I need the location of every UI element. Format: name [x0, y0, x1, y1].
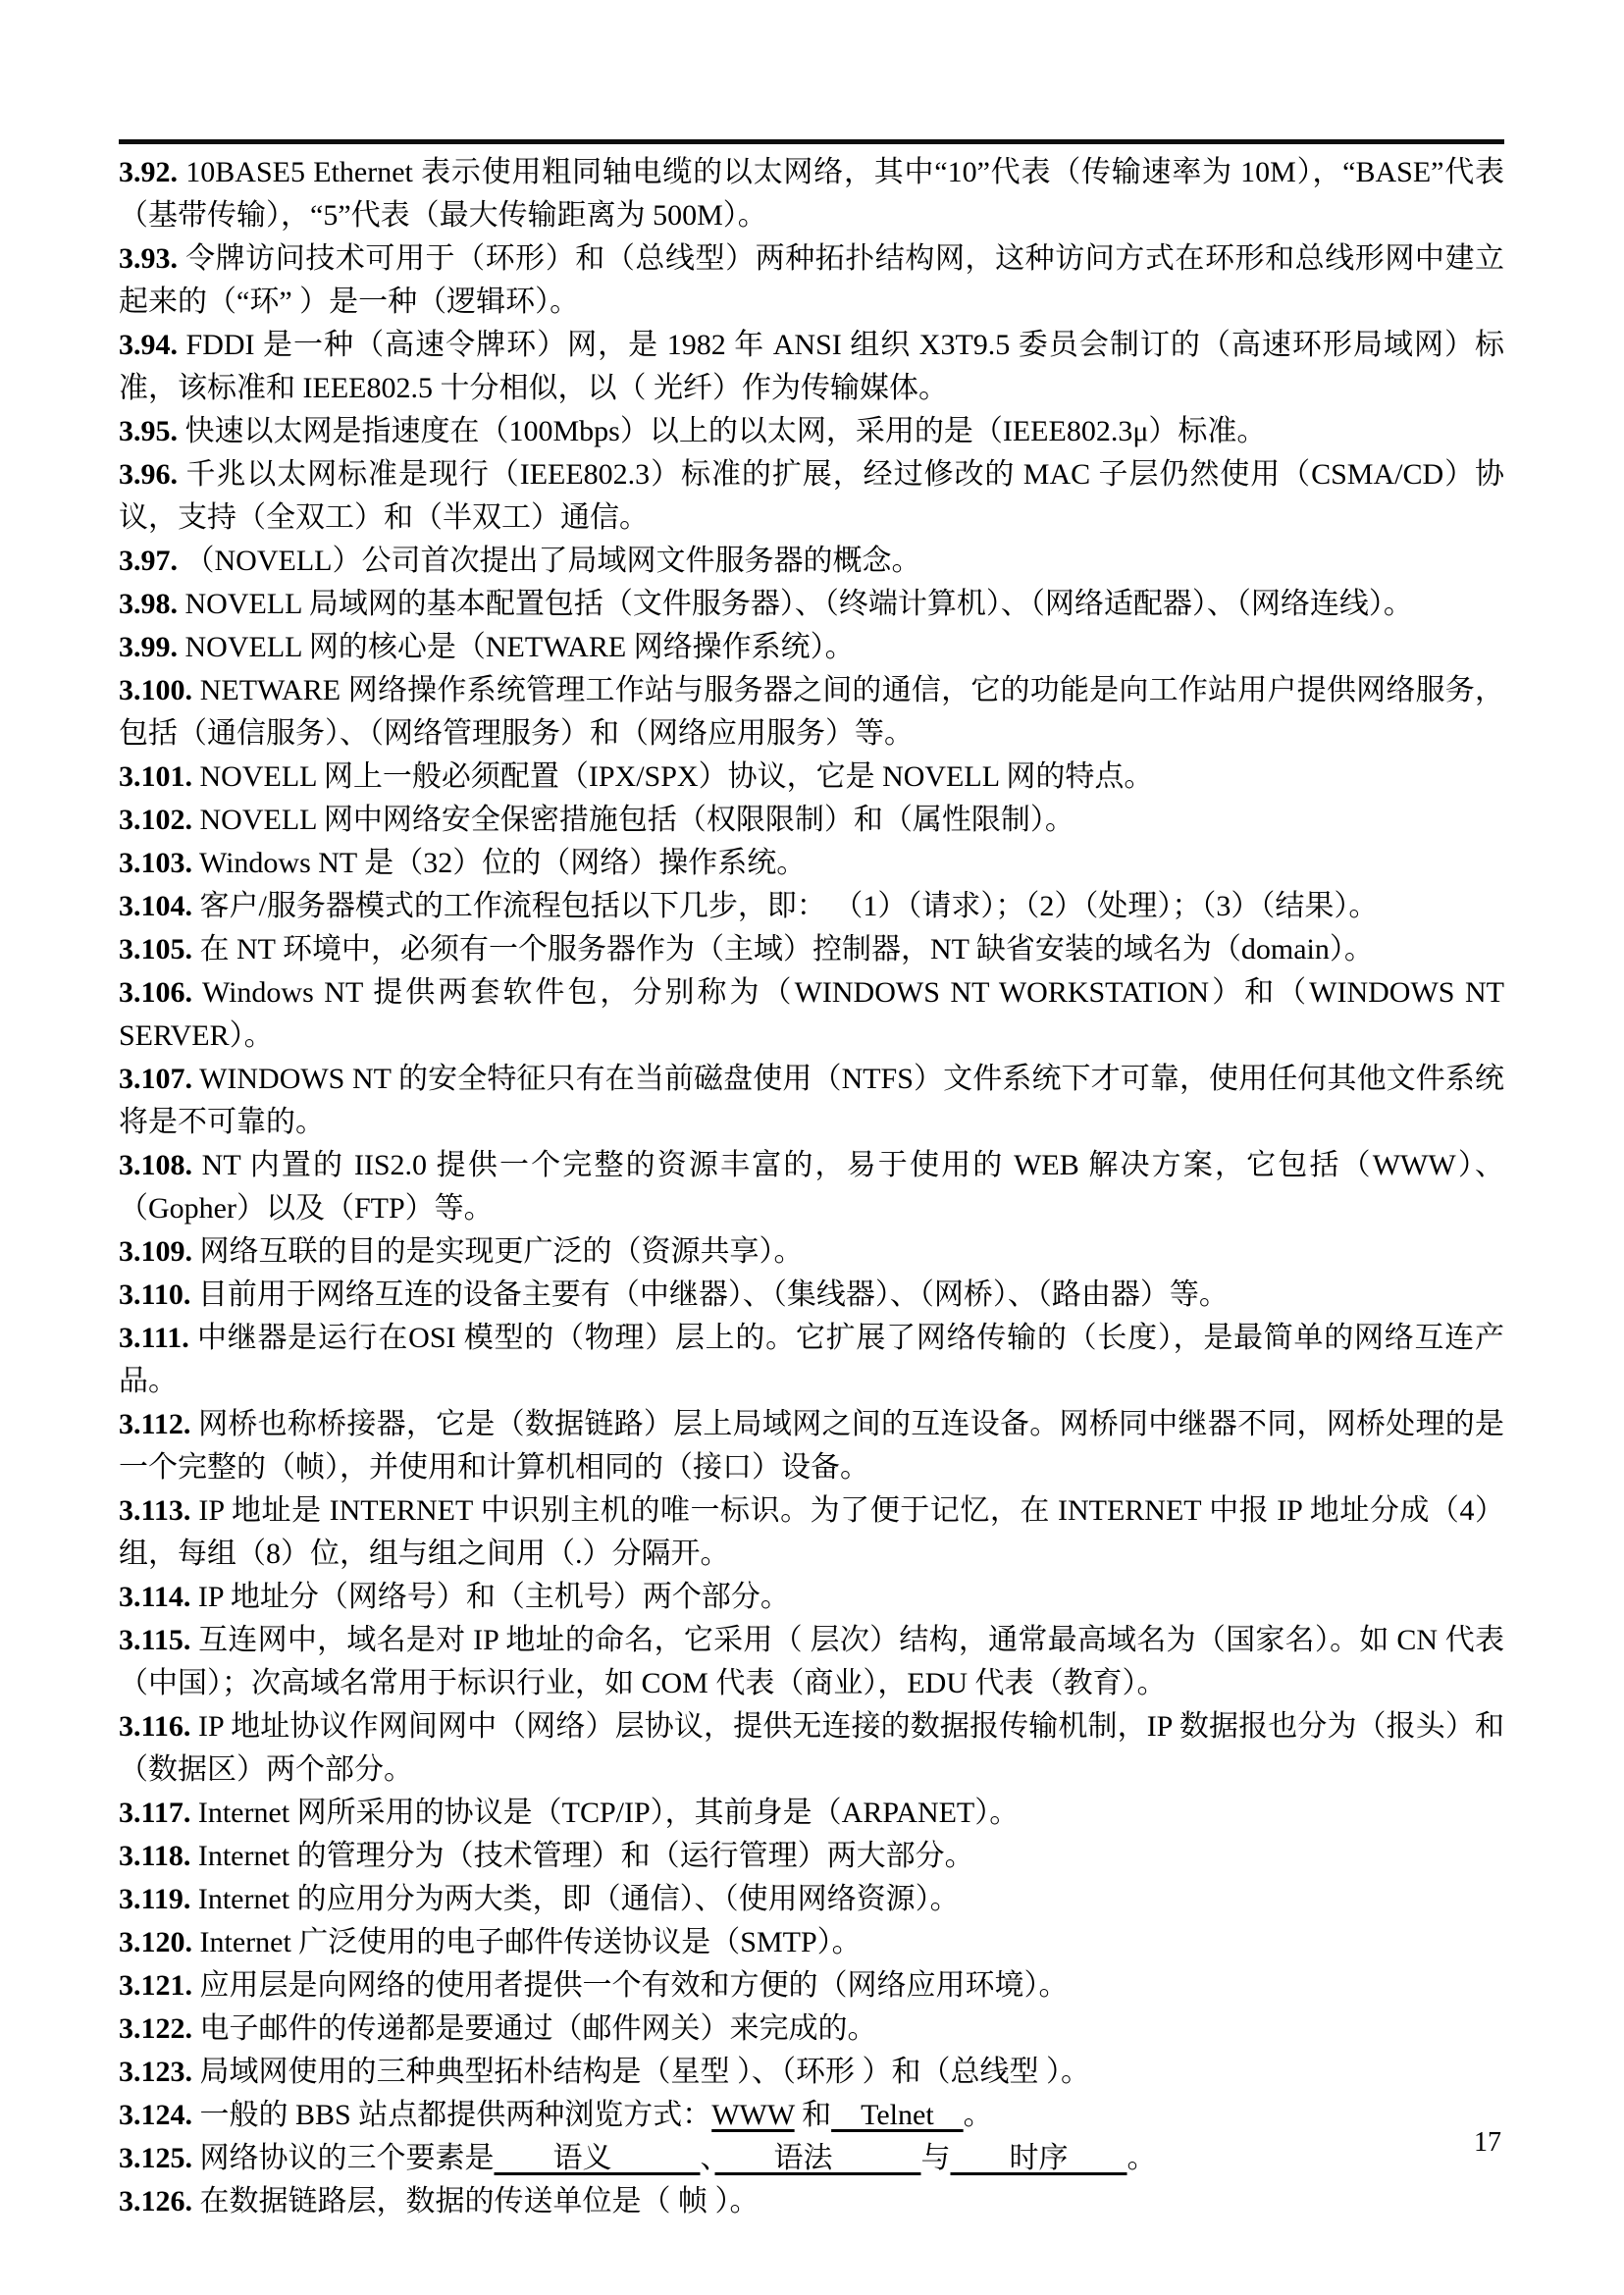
item-text: 目前用于网络互连的设备主要有（中继器）、（集线器）、（网桥）、（路由器）等。 [198, 1278, 1229, 1311]
item-text: 局域网使用的三种典型拓朴结构是（星型 ）、（环形 ）和（总线型 ）。 [200, 2056, 1091, 2088]
list-item: 3.122. 电子邮件的传递都是要通过（邮件网关）来完成的。 [119, 2008, 1504, 2051]
list-item: 3.120. Internet 广泛使用的电子邮件传送协议是（SMTP）。 [119, 1921, 1504, 1964]
item-text: 千兆以太网标准是现行（IEEE802.3）标准的扩展，经过修改的 MAC 子层仍… [119, 458, 1504, 534]
item-number: 3.124. [119, 2099, 192, 2131]
fill-in-blank: 语法 [715, 2142, 921, 2174]
item-text: 与 [921, 2142, 951, 2174]
item-text: 互连网中，域名是对 IP 地址的命名，它采用（ 层次）结构，通常最高域名为（国家… [119, 1624, 1504, 1699]
list-item: 3.124. 一般的 BBS 站点都提供两种浏览方式：WWW 和 Telnet … [119, 2094, 1504, 2137]
list-item: 3.104. 客户/服务器模式的工作流程包括以下几步，即： （1）（请求）；（2… [119, 885, 1504, 928]
item-number: 3.105. [119, 933, 192, 965]
item-number: 3.117. [119, 1797, 190, 1829]
item-number: 3.122. [119, 2012, 192, 2045]
list-item: 3.106. Windows NT 提供两套软件包，分别称为（WINDOWS N… [119, 971, 1504, 1058]
page-number: 17 [1474, 2127, 1501, 2159]
list-item: 3.119. Internet 的应用分为两大类，即（通信）、（使用网络资源）。 [119, 1878, 1504, 1921]
list-item: 3.115. 互连网中，域名是对 IP 地址的命名，它采用（ 层次）结构，通常最… [119, 1619, 1504, 1705]
list-item: 3.101. NOVELL 网上一般必须配置（IPX/SPX）协议，它是 NOV… [119, 756, 1504, 799]
item-number: 3.125. [119, 2142, 192, 2174]
item-number: 3.103. [119, 847, 192, 879]
item-text: 在数据链路层，数据的传送单位是（ 帧 ）。 [200, 2185, 760, 2217]
item-number: 3.115. [119, 1624, 190, 1656]
item-text: IP 地址是 INTERNET 中识别主机的唯一标识。为了便于记忆，在 INTE… [119, 1494, 1504, 1570]
item-number: 3.95. [119, 415, 178, 447]
item-number: 3.111. [119, 1322, 189, 1354]
item-number: 3.126. [119, 2185, 192, 2217]
list-item: 3.107. WINDOWS NT 的安全特征只有在当前磁盘使用（NTFS）文件… [119, 1058, 1504, 1144]
item-text: 中继器是运行在OSI 模型的（物理）层上的。它扩展了网络传输的（长度），是最简单… [119, 1322, 1504, 1397]
item-text: NETWARE 网络操作系统管理工作站与服务器之间的通信，它的功能是向工作站用户… [119, 674, 1504, 750]
item-text: Internet 网所采用的协议是（TCP/IP），其前身是（ARPANET）。 [198, 1797, 1019, 1829]
fill-in-blank: WWW [711, 2099, 794, 2131]
item-text: （NOVELL）公司首次提出了局域网文件服务器的概念。 [185, 545, 921, 577]
item-number: 3.108. [119, 1149, 192, 1181]
list-item: 3.110. 目前用于网络互连的设备主要有（中继器）、（集线器）、（网桥）、（路… [119, 1274, 1504, 1317]
list-item: 3.93. 令牌访问技术可用于（环形）和（总线型）两种拓扑结构网，这种访问方式在… [119, 237, 1504, 324]
item-text: NT 内置的 IIS2.0 提供一个完整的资源丰富的，易于使用的 WEB 解决方… [119, 1149, 1504, 1225]
list-item: 3.103. Windows NT 是（32）位的（网络）操作系统。 [119, 842, 1504, 885]
list-item: 3.125. 网络协议的三个要素是 语义 、 语法 与 时序 。 [119, 2137, 1504, 2180]
list-item: 3.117. Internet 网所采用的协议是（TCP/IP），其前身是（AR… [119, 1792, 1504, 1835]
item-text: 快速以太网是指速度在（100Mbps）以上的以太网，采用的是（IEEE802.3… [185, 415, 1267, 447]
item-number: 3.113. [119, 1494, 190, 1527]
item-number: 3.123. [119, 2056, 192, 2088]
item-text: 应用层是向网络的使用者提供一个有效和方便的（网络应用环境）。 [200, 1969, 1069, 2002]
item-text: FDDI 是一种（高速令牌环）网，是 1982 年 ANSI 组织 X3T9.5… [119, 329, 1504, 404]
item-number: 3.118. [119, 1840, 190, 1872]
item-number: 3.109. [119, 1235, 192, 1268]
item-text: NOVELL 网上一般必须配置（IPX/SPX）协议，它是 NOVELL 网的特… [200, 760, 1154, 793]
item-text: 和 [795, 2099, 832, 2131]
item-text: 一般的 BBS 站点都提供两种浏览方式： [200, 2099, 712, 2131]
list-item: 3.96. 千兆以太网标准是现行（IEEE802.3）标准的扩展，经过修改的 M… [119, 453, 1504, 540]
item-number: 3.102. [119, 804, 192, 836]
item-number: 3.112. [119, 1408, 190, 1440]
item-text: 令牌访问技术可用于（环形）和（总线型）两种拓扑结构网，这种访问方式在环形和总线形… [119, 242, 1504, 318]
list-item: 3.126. 在数据链路层，数据的传送单位是（ 帧 ）。 [119, 2180, 1504, 2223]
item-number: 3.119. [119, 1883, 190, 1915]
item-text: NOVELL 网中网络安全保密措施包括（权限限制）和（属性限制）。 [200, 804, 1074, 836]
item-text: 电子邮件的传递都是要通过（邮件网关）来完成的。 [200, 2012, 877, 2045]
item-number: 3.106. [119, 976, 192, 1009]
item-text: 。 [964, 2099, 993, 2131]
item-text: 。 [1127, 2142, 1157, 2174]
list-item: 3.112. 网桥也称桥接器，它是（数据链路）层上局域网之间的互连设备。网桥同中… [119, 1403, 1504, 1489]
list-item: 3.118. Internet 的管理分为（技术管理）和（运行管理）两大部分。 [119, 1835, 1504, 1878]
item-number: 3.93. [119, 242, 178, 275]
item-text: 10BASE5 Ethernet 表示使用粗同轴电缆的以太网络，其中“10”代表… [119, 156, 1504, 232]
item-number: 3.104. [119, 890, 192, 922]
item-number: 3.100. [119, 674, 192, 706]
item-text: WINDOWS NT 的安全特征只有在当前磁盘使用（NTFS）文件系统下才可靠，… [119, 1063, 1504, 1138]
list-item: 3.97. （NOVELL）公司首次提出了局域网文件服务器的概念。 [119, 540, 1504, 583]
item-number: 3.116. [119, 1710, 190, 1743]
item-text: 客户/服务器模式的工作流程包括以下几步，即： （1）（请求）；（2）（处理）；（… [200, 890, 1379, 922]
item-number: 3.101. [119, 760, 192, 793]
item-number: 3.114. [119, 1581, 190, 1613]
item-text: 在 NT 环境中，必须有一个服务器作为（主域）控制器，NT 缺省安装的域名为（d… [200, 933, 1374, 965]
item-number: 3.121. [119, 1969, 192, 2002]
item-text: IP 地址协议作网间网中（网络）层协议，提供无连接的数据报传输机制，IP 数据报… [119, 1710, 1504, 1786]
list-item: 3.95. 快速以太网是指速度在（100Mbps）以上的以太网，采用的是（IEE… [119, 410, 1504, 453]
list-item: 3.116. IP 地址协议作网间网中（网络）层协议，提供无连接的数据报传输机制… [119, 1705, 1504, 1792]
list-item: 3.102. NOVELL 网中网络安全保密措施包括（权限限制）和（属性限制）。 [119, 799, 1504, 842]
item-number: 3.92. [119, 156, 178, 188]
item-number: 3.98. [119, 588, 178, 620]
list-item: 3.94. FDDI 是一种（高速令牌环）网，是 1982 年 ANSI 组织 … [119, 324, 1504, 410]
item-number: 3.99. [119, 631, 178, 663]
list-item: 3.92. 10BASE5 Ethernet 表示使用粗同轴电缆的以太网络，其中… [119, 151, 1504, 237]
item-text: 网桥也称桥接器，它是（数据链路）层上局域网之间的互连设备。网桥同中继器不同，网桥… [119, 1408, 1504, 1484]
item-number: 3.96. [119, 458, 178, 491]
item-text: 网络协议的三个要素是 [200, 2142, 495, 2174]
item-number: 3.97. [119, 545, 178, 577]
item-number: 3.107. [119, 1063, 192, 1095]
list-item: 3.98. NOVELL 局域网的基本配置包括（文件服务器）、（终端计算机）、（… [119, 583, 1504, 626]
item-text: IP 地址分（网络号）和（主机号）两个部分。 [198, 1581, 790, 1613]
list-item: 3.100. NETWARE 网络操作系统管理工作站与服务器之间的通信，它的功能… [119, 669, 1504, 756]
list-item: 3.105. 在 NT 环境中，必须有一个服务器作为（主域）控制器，NT 缺省安… [119, 928, 1504, 971]
item-text: 、 [701, 2142, 715, 2174]
item-text: Internet 的应用分为两大类，即（通信）、（使用网络资源）。 [198, 1883, 960, 1915]
item-number: 3.94. [119, 329, 178, 361]
list-item: 3.123. 局域网使用的三种典型拓朴结构是（星型 ）、（环形 ）和（总线型 ）… [119, 2051, 1504, 2094]
item-text: NOVELL 网的核心是（NETWARE 网络操作系统）。 [185, 631, 855, 663]
list-item: 3.108. NT 内置的 IIS2.0 提供一个完整的资源丰富的，易于使用的 … [119, 1144, 1504, 1230]
item-number: 3.120. [119, 1926, 192, 1958]
item-number: 3.110. [119, 1278, 190, 1311]
list-item: 3.113. IP 地址是 INTERNET 中识别主机的唯一标识。为了便于记忆… [119, 1489, 1504, 1576]
list-item: 3.99. NOVELL 网的核心是（NETWARE 网络操作系统）。 [119, 626, 1504, 669]
item-text: 网络互联的目的是实现更广泛的（资源共享）。 [200, 1235, 804, 1268]
list-item: 3.121. 应用层是向网络的使用者提供一个有效和方便的（网络应用环境）。 [119, 1964, 1504, 2008]
item-text: Internet 广泛使用的电子邮件传送协议是（SMTP）。 [200, 1926, 862, 1958]
fill-in-blank: 时序 [951, 2142, 1127, 2174]
item-text: NOVELL 局域网的基本配置包括（文件服务器）、（终端计算机）、（网络适配器）… [185, 588, 1413, 620]
list-item: 3.109. 网络互联的目的是实现更广泛的（资源共享）。 [119, 1230, 1504, 1274]
list-item: 3.111. 中继器是运行在OSI 模型的（物理）层上的。它扩展了网络传输的（长… [119, 1317, 1504, 1403]
item-text: Windows NT 是（32）位的（网络）操作系统。 [199, 847, 806, 879]
item-text: Internet 的管理分为（技术管理）和（运行管理）两大部分。 [198, 1840, 974, 1872]
list-item: 3.114. IP 地址分（网络号）和（主机号）两个部分。 [119, 1576, 1504, 1619]
fill-in-blank: Telnet [831, 2099, 964, 2131]
item-text: Windows NT 提供两套软件包，分别称为（WINDOWS NT WORKS… [119, 976, 1504, 1052]
fill-in-blank: 语义 [495, 2142, 701, 2174]
qa-item-list: 3.92. 10BASE5 Ethernet 表示使用粗同轴电缆的以太网络，其中… [119, 151, 1504, 2223]
top-rule-divider [119, 139, 1504, 144]
